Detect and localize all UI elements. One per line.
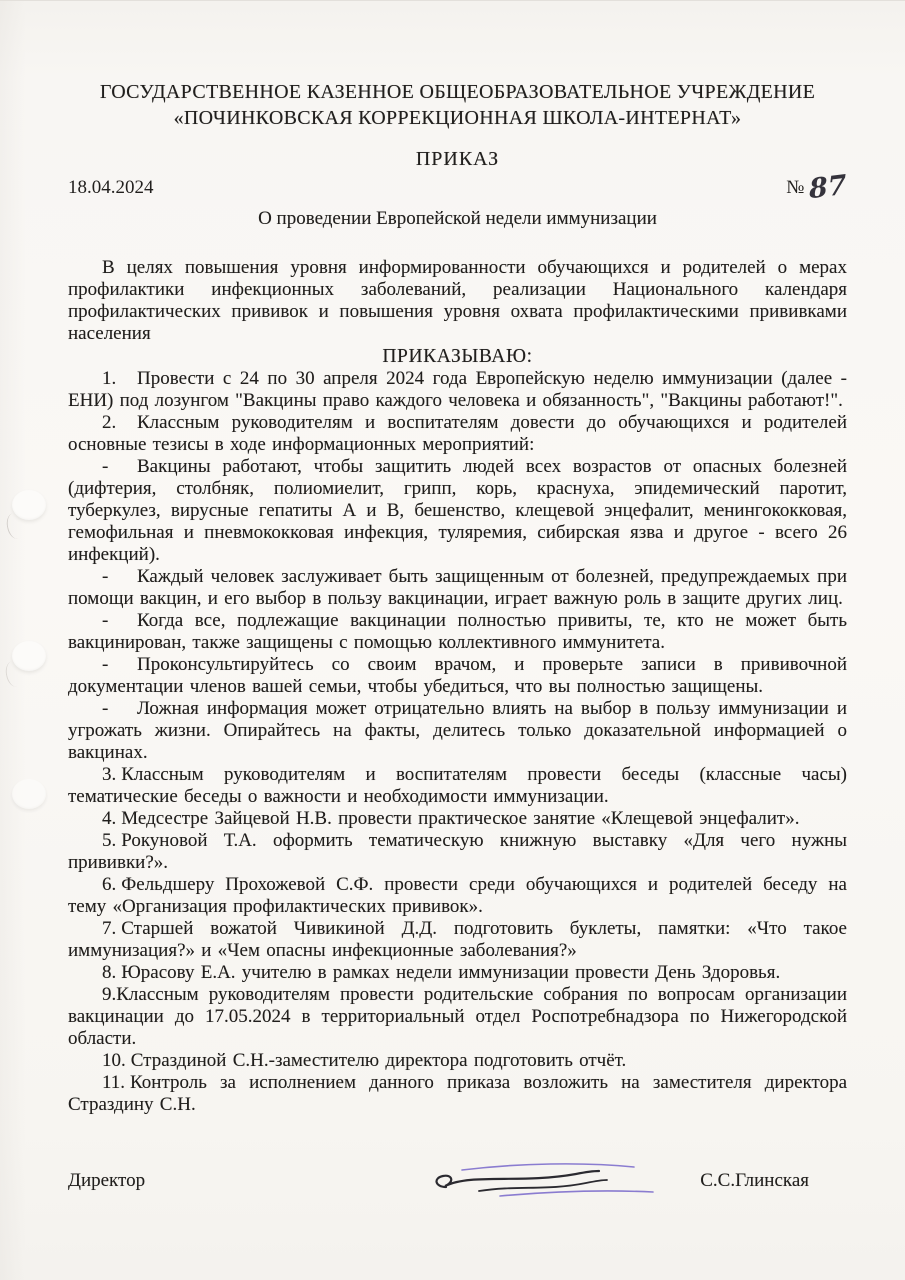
item-number-marker: 4. <box>102 808 116 829</box>
order-item: 3.Классным руководителям и воспитателям … <box>68 764 847 808</box>
hole-punch <box>12 779 46 809</box>
doc-date: 18.04.2024 <box>68 176 154 199</box>
document-page: ГОСУДАРСТВЕННОЕ КАЗЕННОЕ ОБЩЕОБРАЗОВАТЕЛ… <box>0 0 905 1280</box>
item-text: Страздиной С.Н.-заместителю директора по… <box>131 1050 627 1071</box>
item-dash-marker: - <box>102 654 137 676</box>
order-number-handwritten: 87 <box>809 176 847 201</box>
order-item: 11.Контроль за исполнением данного прика… <box>68 1072 847 1116</box>
order-item: 7.Старшей вожатой Чивикиной Д.Д. подгото… <box>68 918 847 962</box>
item-text: Проконсультируйтесь со своим врачом, и п… <box>68 654 847 697</box>
item-text: Фельдшеру Прохожевой С.Ф. провести среди… <box>68 874 847 917</box>
item-dash-marker: - <box>102 456 137 478</box>
signatory-name: С.С.Глинская <box>700 1169 809 1192</box>
item-text: Старшей вожатой Чивикиной Д.Д. подготови… <box>68 918 847 961</box>
order-item: 2.Классным руководителям и воспитателям … <box>68 412 847 456</box>
item-text: Каждый человек заслуживает быть защищенн… <box>68 566 847 609</box>
item-text: Вакцины работают, чтобы защитить людей в… <box>68 456 847 565</box>
org-name-line2: «ПОЧИНКОВСКАЯ КОРРЕКЦИОННАЯ ШКОЛА-ИНТЕРН… <box>68 105 847 131</box>
document-content: ГОСУДАРСТВЕННОЕ КАЗЕННОЕ ОБЩЕОБРАЗОВАТЕЛ… <box>68 1 847 1116</box>
doc-subject: О проведении Европейской недели иммуниза… <box>68 207 847 230</box>
item-text: Юрасову Е.А. учителю в рамках недели имм… <box>121 962 780 983</box>
order-item: 4.Медсестре Зайцевой Н.В. провести практ… <box>68 808 847 830</box>
order-item: -Каждый человек заслуживает быть защищен… <box>68 566 847 610</box>
order-item: -Вакцины работают, чтобы защитить людей … <box>68 456 847 566</box>
item-number-marker: 10. <box>102 1050 126 1071</box>
number-sign: № <box>786 177 804 198</box>
order-item: 10.Страздиной С.Н.-заместителю директора… <box>68 1050 847 1072</box>
order-number: №87 <box>786 176 847 199</box>
order-item: 6.Фельдшеру Прохожевой С.Ф. провести сре… <box>68 874 847 918</box>
order-item: -Проконсультируйтесь со своим врачом, и … <box>68 654 847 698</box>
item-text: Когда все, подлежащие вакцинации полност… <box>68 610 847 653</box>
scan-left-shade <box>0 1 26 1280</box>
item-text: Классным руководителям провести родитель… <box>68 984 847 1049</box>
item-text: Медсестре Зайцевой Н.В. провести практич… <box>121 808 799 829</box>
item-number-marker: 7. <box>102 918 116 939</box>
item-dash-marker: - <box>102 610 137 632</box>
item-text: Провести с 24 по 30 апреля 2024 года Евр… <box>68 368 847 411</box>
intro-paragraph: В целях повышения уровня информированнос… <box>68 257 847 345</box>
order-item: 1.Провести с 24 по 30 апреля 2024 года Е… <box>68 368 847 412</box>
item-number-marker: 1. <box>102 368 137 390</box>
item-dash-marker: - <box>102 566 137 588</box>
order-item: 5.Рокуновой Т.А. оформить тематическую к… <box>68 830 847 874</box>
item-number-marker: 5. <box>102 830 116 851</box>
order-items: 1.Провести с 24 по 30 апреля 2024 года Е… <box>68 368 847 1116</box>
item-text: Рокуновой Т.А. оформить тематическую кни… <box>68 830 847 873</box>
doc-type-title: ПРИКАЗ <box>68 147 847 171</box>
item-number-marker: 3. <box>102 764 116 785</box>
item-number-marker: 2. <box>102 412 137 434</box>
order-item: 9.Классным руководителям провести родите… <box>68 984 847 1050</box>
item-text: Ложная информация может отрицательно вли… <box>68 698 847 763</box>
org-name-line1: ГОСУДАРСТВЕННОЕ КАЗЕННОЕ ОБЩЕОБРАЗОВАТЕЛ… <box>68 79 847 105</box>
item-number-marker: 6. <box>102 874 116 895</box>
date-number-row: 18.04.2024 №87 <box>68 176 847 199</box>
resolution-heading: ПРИКАЗЫВАЮ: <box>68 345 847 368</box>
item-text: Классным руководителям и воспитателям пр… <box>68 764 847 807</box>
signature-block: Директор С.С.Глинская <box>68 1169 847 1192</box>
order-item: -Когда все, подлежащие вакцинации полнос… <box>68 610 847 654</box>
order-item: 8.Юрасову Е.А. учителю в рамках недели и… <box>68 962 847 984</box>
item-number-marker: 11. <box>102 1072 125 1093</box>
item-text: Классным руководителям и воспитателям до… <box>68 412 847 455</box>
order-item: -Ложная информация может отрицательно вл… <box>68 698 847 764</box>
signature-autograph <box>424 1159 664 1205</box>
signatory-position: Директор <box>68 1169 145 1192</box>
item-text: Контроль за исполнением данного приказа … <box>68 1072 847 1115</box>
item-number-marker: 8. <box>102 962 116 983</box>
item-dash-marker: - <box>102 698 137 720</box>
item-number-marker: 9. <box>102 984 116 1005</box>
